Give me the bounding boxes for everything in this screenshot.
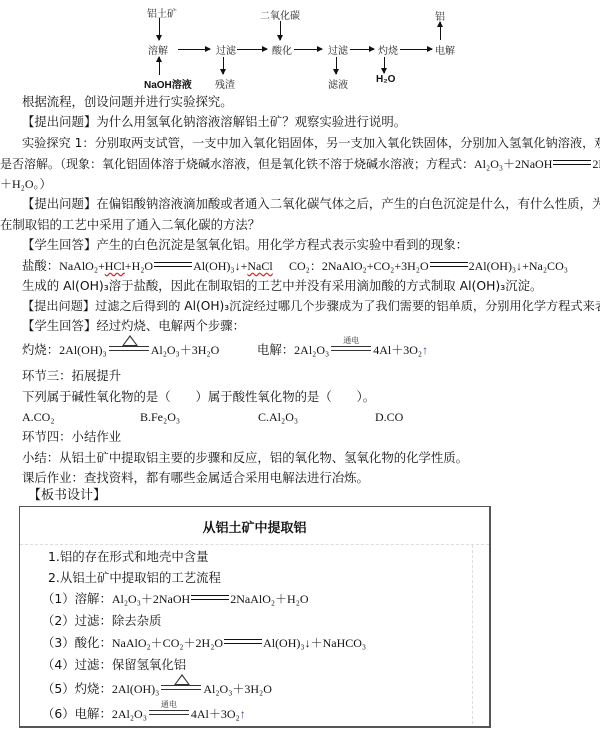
arrow-down-icon [336,57,337,74]
board-title: 从铝土矿中提取铝 [20,517,489,536]
node-bauxite: 铝土矿 [147,5,177,20]
hcl-equation-line: 盐酸：NaAlO₂+HCl+H₂OAl(OH)₃↓+NaCl [22,258,273,274]
calcine-right: Al₂O₃＋3H₂O [151,343,220,357]
co2-eq-left: 2NaAlO₂+CO₂+3H₂O [322,259,429,273]
step-eq-left: 2Al₂O₃ [112,707,147,721]
section-3-heading: 环节三：拓展提升 [22,368,121,384]
co2-equation-line: CO₂：2NaAlO₂+CO₂+3H₂O2Al(OH)₃↓+Na₂CO₃ [289,258,568,274]
step-label: （6）电解： [42,706,112,721]
gas-up-arrow-icon: ↑ [422,343,428,357]
answer-2: 【学生回答】产生的白色沉淀是氢氧化铝。用化学方程式表示实验中看到的现象： [22,237,468,253]
gas-up-arrow-icon: ↑ [240,707,246,721]
experiment-1-text: 是否溶解。（现象：氧化铝固体溶于烧碱水溶液，但是氧化铁不溶于烧碱水溶液；方程式： [0,157,474,171]
heat-condition [109,346,149,351]
arrow-right-icon [400,49,432,50]
electrolysis-right: 4Al＋3O₂ [373,343,422,357]
step-label: （3）酸化： [42,635,112,650]
hcl-label: 盐酸： [22,258,59,273]
oxide-question: 下列属于碱性氧化物的是（ ）属于酸性氧化物的是（ ）。 [22,389,375,405]
arrow-right-icon [350,49,374,50]
option-d: D.CO [375,409,403,425]
board-item-2: 2.从铝土矿中提取铝的工艺流程 [48,570,221,586]
board-step-6: （6）电解：2Al₂O₃通电4Al＋3O₂↑ [42,706,246,722]
heat-condition [161,685,201,690]
answer-3: 【学生回答】经过灼烧、电解两个步骤： [22,318,245,334]
equals-sign-icon [224,639,262,644]
question-2-line1: 【提出问题】在偏铝酸钠溶液滴加酸或者通入二氧化碳气体之后，产生的白色沉淀是什么，… [22,196,600,212]
arrow-down-icon [280,21,281,40]
step-label: （2）过滤： [42,613,112,628]
node-calcine: 灼烧 [378,42,398,57]
section-4-heading: 环节四：小结作业 [22,429,121,445]
equals-sign-icon [191,595,229,600]
node-aluminum: 铝 [435,8,445,23]
node-filter2: 过滤 [328,42,348,57]
divider [472,545,473,724]
experiment-1-line1: 实验探究 1：分别取两支试管，一支中加入氧化铝固体，另一支加入氧化铁固体，分别加… [22,135,600,151]
question-3: 【提出问题】过滤之后得到的 Al(OH)₃沉淀经过哪几个步骤成为了我们需要的铝单… [22,298,600,314]
hcl-eq-part: NaAlO₂+ [59,259,105,273]
co2-eq-right: 2Al(OH)₃↓+Na₂CO₃ [469,259,568,273]
node-electrolysis: 电解 [435,42,455,57]
equals-sign-icon [154,262,192,267]
step-text: 保留氢氧化铝 [112,657,186,672]
step-eq-right: 2NaAlO₂＋H₂O [230,592,308,606]
equals-sign-icon [430,262,468,267]
question-1: 【提出问题】为什么用氢氧化钠溶液溶解铝土矿？观察实验进行说明。 [22,114,406,130]
node-filtrate: 滤液 [328,76,348,91]
node-filter1: 过滤 [216,42,236,57]
option-a: A.CO₂ [22,409,55,425]
electricity-label: 通电 [149,700,189,710]
step-eq-right: Al₂O₃＋3H₂O [203,682,272,696]
homework-text: 课后作业：查找资料，都有哪些金属适合采用电解法进行冶炼。 [22,470,369,486]
question-2-line2: 在制取铝的工艺中采用了通入二氧化碳的方法？ [0,217,260,233]
experiment-1-line3: ＋H₂O。） [0,176,52,192]
experiment-1-line2: 是否溶解。（现象：氧化铝固体溶于烧碱水溶液，但是氧化铁不溶于烧碱水溶液；方程式：… [0,156,600,172]
board-step-2: （2）过滤：除去杂质 [42,613,161,629]
step-eq-left: 2Al(OH)₃ [112,682,160,696]
hcl-eq-part: Al(OH)₃↓+ [193,259,247,273]
step-eq-left: NaAlO₂＋CO₂＋2H₂O [112,636,223,650]
delta-heat-icon [122,335,138,346]
electrolysis-equation-line: 电解：2Al₂O₃通电4Al＋3O₂↑ [257,342,428,358]
board-item-1: 1.铝的存在形式和地壳中含量 [48,549,209,565]
arrow-down-icon [384,57,385,73]
equation-left: Al₂O₃＋2NaOH [474,157,552,171]
node-residue: 残渣 [215,76,235,91]
hcl-eq-part: HCl [105,259,125,273]
electrolysis-label: 电解： [257,342,294,357]
hcl-eq-part: +H₂O [125,259,153,273]
step-label: （4）过滤： [42,657,112,672]
arrow-down-icon [159,18,160,40]
board-step-4: （4）过滤：保留氢氧化铝 [42,657,186,673]
summary-text: 小结：从铝土矿中提取铝主要的步骤和反应，铝的氧化物、氢氧化物的化学性质。 [22,450,468,466]
node-naoh-solution: NaOH溶液 [144,76,192,91]
step-eq-right: Al(OH)₃↓＋NaHCO₃ [263,636,366,650]
delta-heat-icon [174,674,190,685]
equals-sign-icon [553,160,591,165]
arrow-down-icon [223,57,224,74]
board-step-1: （1）溶解：Al₂O₃＋2NaOH2NaAlO₂＋H₂O [42,591,309,607]
intro-text: 根据流程，创设问题并进行实验探究。 [22,94,233,110]
divider [20,544,489,545]
step-eq-left: Al₂O₃＋2NaOH [112,592,190,606]
electricity-condition: 通电 [331,346,371,351]
node-acidify: 酸化 [272,42,292,57]
hcl-note: 生成的 Al(OH)₃溶于盐酸，因此在制取铝的工艺中并没有采用滴加酸的方式制取 … [22,278,542,294]
calcine-equation-line: 灼烧：2Al(OH)₃Al₂O₃＋3H₂O [22,342,219,358]
arrow-right-icon [178,49,210,50]
arrow-up-icon [159,57,160,75]
co2-label: CO₂： [289,259,322,273]
arrow-right-icon [294,49,322,50]
step-text: 除去杂质 [112,613,162,628]
arrow-up-icon [440,22,441,40]
arrow-right-icon [237,49,267,50]
node-water: H₂O [376,74,395,85]
hcl-eq-part: NaCl [247,259,272,273]
step-eq-right: 4Al＋3O₂ [191,707,240,721]
electrolysis-left: 2Al₂O₃ [294,343,329,357]
board-step-3: （3）酸化：NaAlO₂＋CO₂＋2H₂OAl(OH)₃↓＋NaHCO₃ [42,635,366,651]
option-b: B.Fe₂O₃ [140,409,180,425]
calcine-left: 2Al(OH)₃ [59,343,107,357]
node-co2: 二氧化碳 [260,7,300,22]
board-design-heading: 【板书设计】 [28,488,106,504]
calcine-label: 灼烧： [22,342,59,357]
equation-right: 2NaAlO₂ [592,157,600,171]
board-step-5: （5）灼烧：2Al(OH)₃Al₂O₃＋3H₂O [42,681,272,697]
step-label: （1）溶解： [42,591,112,606]
board-design-box: 从铝土矿中提取铝 1.铝的存在形式和地壳中含量 2.从铝土矿中提取铝的工艺流程 … [19,506,491,728]
electricity-condition: 通电 [149,710,189,715]
node-dissolve: 溶解 [148,42,168,57]
step-label: （5）灼烧： [42,681,112,696]
electricity-label: 通电 [331,336,371,346]
option-c: C.Al₂O₃ [258,409,298,425]
